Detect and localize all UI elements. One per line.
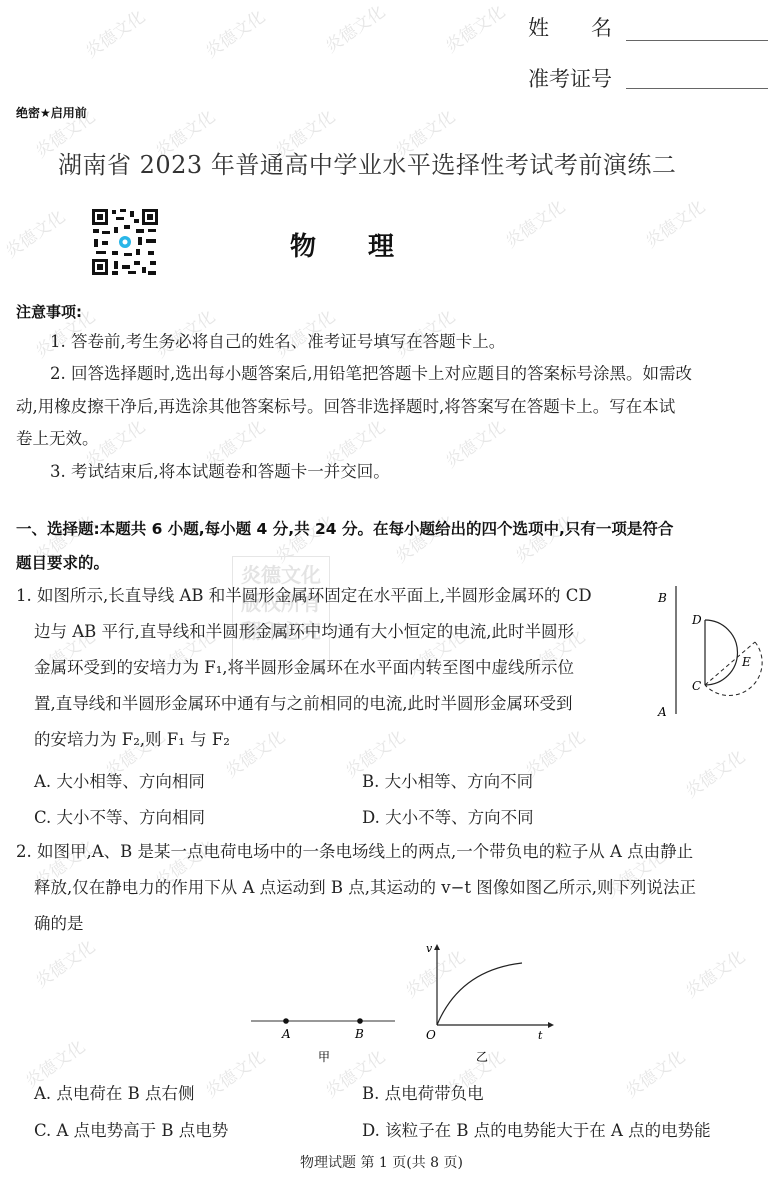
point-b-label: B	[354, 1027, 364, 1041]
q1-line-3: 金属环受到的安培力为 F₁,将半圆形金属环在水平面内转至图中虚线所示位	[34, 650, 574, 685]
label-d: D	[691, 613, 702, 627]
notice-heading: 注意事项:	[16, 301, 82, 322]
watermark: 炎德文化	[499, 193, 569, 252]
q2-figure-vt-graph: v t O 乙	[420, 940, 560, 1065]
watermark: 炎德文化	[679, 743, 749, 802]
watermark: 炎德文化	[29, 933, 99, 992]
notice-item-2-end: 卷上无效。	[16, 421, 99, 456]
exam-id-label: 准考证号	[528, 63, 612, 93]
watermark: 炎德文化	[79, 3, 149, 62]
q2-line-3: 确的是	[34, 906, 84, 941]
label-b: B	[657, 591, 667, 605]
axis-v-label: v	[426, 942, 433, 955]
watermark: 炎德文化	[0, 203, 69, 262]
q2-line-2: 释放,仅在静电力的作用下从 A 点运动到 B 点,其运动的 v−t 图像如图乙所…	[34, 870, 696, 905]
q2-option-c[interactable]: C. A 点电势高于 B 点电势	[34, 1117, 228, 1141]
watermark: 炎德文化	[319, 0, 389, 57]
q1-option-a[interactable]: A. 大小相等、方向相同	[34, 768, 205, 792]
notice-item-1: 1. 答卷前,考生务必将自己的姓名、准考证号填写在答题卡上。	[50, 324, 505, 359]
origin-label: O	[426, 1028, 436, 1042]
name-input-line[interactable]	[626, 40, 768, 41]
axis-t-label: t	[538, 1029, 543, 1042]
caption-yi: 乙	[476, 1050, 488, 1064]
watermark: 炎德文化	[639, 193, 709, 252]
section-heading: 一、选择题:本题共 6 小题,每小题 4 分,共 24 分。在每小题给出的四个选…	[16, 517, 673, 539]
notice-item-2-cont: 动,用橡皮擦干净后,再选涂其他答案标号。回答非选择题时,将答案写在答题卡上。写在…	[16, 389, 675, 424]
name-label: 姓 名	[528, 12, 612, 42]
watermark: 炎德文化	[619, 1043, 689, 1102]
label-e: E	[741, 655, 751, 669]
q1-line-4: 置,直导线和半圆形金属环中通有与之前相同的电流,此时半圆形金属环受到	[34, 686, 573, 721]
q2-line-1: 2. 如图甲,A、B 是某一点电荷电场中的一条电场线上的两点,一个带负电的粒子从…	[16, 834, 693, 869]
exam-title: 湖南省 2023 年普通高中学业水平选择性考试考前演练二	[58, 145, 676, 180]
notice-item-2: 2. 回答选择题时,选出每小题答案后,用铅笔把答题卡上对应题目的答案标号涂黑。如…	[50, 356, 692, 391]
caption-jia: 甲	[318, 1050, 330, 1064]
qr-code-icon	[90, 207, 160, 277]
watermark: 炎德文化	[679, 943, 749, 1002]
notice-item-3: 3. 考试结束后,将本试题卷和答题卡一并交回。	[50, 454, 390, 489]
q1-option-c[interactable]: C. 大小不等、方向相同	[34, 804, 205, 828]
watermark: 炎德文化	[199, 3, 269, 62]
page-footer: 物理试题 第 1 页(共 8 页)	[300, 1152, 463, 1172]
section-heading-cont: 题目要求的。	[16, 551, 109, 573]
q1-option-b[interactable]: B. 大小相等、方向不同	[362, 768, 533, 792]
q2-figure-field-line: A B 甲	[245, 1005, 405, 1065]
q1-option-d[interactable]: D. 大小不等、方向不同	[362, 804, 534, 828]
q1-figure-wire-ring: B A D C E	[650, 580, 780, 720]
subject-title: 物 理	[290, 226, 394, 263]
point-a-label: A	[281, 1027, 291, 1041]
q2-option-b[interactable]: B. 点电荷带负电	[362, 1080, 484, 1104]
exam-id-input-line[interactable]	[626, 88, 768, 89]
q2-option-d[interactable]: D. 该粒子在 B 点的电势能大于在 A 点的电势能	[362, 1117, 711, 1141]
q1-line-1: 1. 如图所示,长直导线 AB 和半圆形金属环固定在水平面上,半圆形金属环的 C…	[16, 578, 592, 613]
q1-line-2: 边与 AB 平行,直导线和半圆形金属环中均通有大小恒定的电流,此时半圆形	[34, 614, 574, 649]
label-c: C	[692, 679, 701, 693]
q1-line-5: 的安培力为 F₂,则 F₁ 与 F₂	[34, 722, 230, 757]
confidential-mark: 绝密★启用前	[16, 104, 87, 121]
label-a: A	[657, 705, 667, 719]
q2-option-a[interactable]: A. 点电荷在 B 点右侧	[34, 1080, 195, 1104]
watermark: 炎德文化	[439, 0, 509, 57]
